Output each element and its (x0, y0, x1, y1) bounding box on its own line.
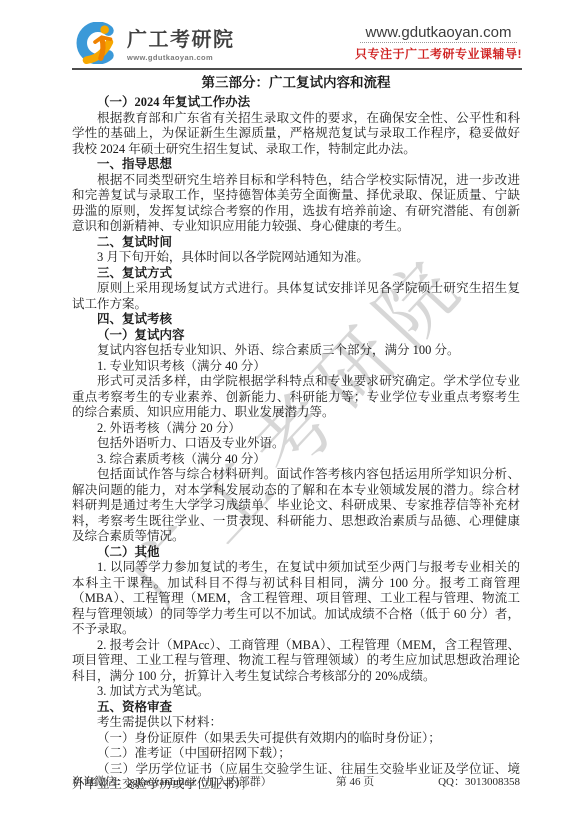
paragraph: 3 月下旬开始，具体时间以各学院网站通知为准。 (72, 250, 520, 266)
section-heading: 二、复试时间 (72, 235, 520, 251)
paragraph: 复试内容包括专业知识、外语、综合素质三个部分，满分 100 分。 (72, 343, 520, 359)
section-heading: 一、指导思想 (72, 157, 520, 173)
paragraph: 形式可灵活多样，由学院根据学科特点和专业要求研究确定。学术学位专业重点考察考生的… (72, 374, 520, 421)
section-heading: 四、复试考核 (72, 312, 520, 328)
paragraph: （二）准考证（中国研招网下载）； (72, 746, 520, 762)
footer-qq-contact: QQ：3013008358 (438, 773, 520, 789)
paragraph: 原则上采用现场复试方式进行。具体复试安排详见各学院硕士研究生招生复试工作方案。 (72, 281, 520, 312)
paragraph: 根据不同类型研究生培养目标和学科特色，结合学校实际情况，进一步改进和完善复试与录… (72, 173, 520, 235)
document-page: 广工考研院 广工考研院 www.gdutkaoyan.com www.gdutk… (0, 0, 588, 834)
brand-site-url: www.gdutkaoyan.com (127, 53, 235, 62)
page-header: 广工考研院 www.gdutkaoyan.com www.gdutkaoyan.… (72, 22, 522, 70)
document-paragraphs: （一）2024 年复试工作办法根据教育部和广东省有关招生录取文件的要求，在确保安… (72, 95, 520, 793)
brand-logo-text: 广工考研院 www.gdutkaoyan.com (127, 30, 235, 62)
paragraph: 1. 专业知识考核（满分 40 分） (72, 359, 520, 375)
paragraph: 3. 综合素质考核（满分 40 分） (72, 452, 520, 468)
paragraph: 包括面试作答与综合材料研判。面试作答考核内容包括运用所学知识分析、解决问题的能力… (72, 467, 520, 545)
document-body: 第三部分：广工复试内容和流程 （一）2024 年复试工作办法根据教育部和广东省有… (72, 73, 520, 793)
section-heading: （一）复试内容 (72, 328, 520, 344)
paragraph: （一）身份证原件（如果丢失可提供有效期内的临时身份证）； (72, 731, 520, 747)
section-heading: （二）其他 (72, 545, 520, 561)
paragraph: 3. 加试方式为笔试。 (72, 684, 520, 700)
brand-logo-icon (72, 22, 122, 69)
section-heading: 五、资格审查 (72, 700, 520, 716)
paragraph: 1. 以同等学力参加复试的考生，在复试中须加试至少两门与报考专业相关的本科主干课… (72, 560, 520, 638)
page-footer: 咨询微信：ggkaoyanfudao（加入内部群） 第 46 页 QQ：3013… (72, 773, 520, 789)
brand-name: 广工考研院 (127, 30, 235, 50)
paragraph: 包括外语听力、口语及专业外语。 (72, 436, 520, 452)
paragraph: 考生需提供以下材料： (72, 715, 520, 731)
footer-wechat-contact: 咨询微信：ggkaoyanfudao（加入内部群） (72, 773, 272, 789)
footer-page-number: 第 46 页 (336, 773, 375, 789)
section-heading: 三、复试方式 (72, 266, 520, 282)
paragraph: 2. 外语考核（满分 20 分） (72, 421, 520, 437)
paragraph: 根据教育部和广东省有关招生录取文件的要求，在确保安全性、公平性和科学性的基础上，… (72, 111, 520, 158)
header-right-block: www.gdutkaoyan.com 只专注于广工考研专业课辅导! (355, 24, 522, 62)
section-heading: （一）2024 年复试工作办法 (72, 95, 520, 111)
header-slogan: 只专注于广工考研专业课辅导! (355, 45, 522, 62)
brand-logo: 广工考研院 www.gdutkaoyan.com (72, 22, 235, 69)
header-website-url: www.gdutkaoyan.com (360, 24, 518, 43)
paragraph: 2. 报考会计（MPAcc）、工商管理（MBA）、工程管理（MEM，含工程管理、… (72, 638, 520, 685)
page-title: 第三部分：广工复试内容和流程 (72, 73, 520, 93)
